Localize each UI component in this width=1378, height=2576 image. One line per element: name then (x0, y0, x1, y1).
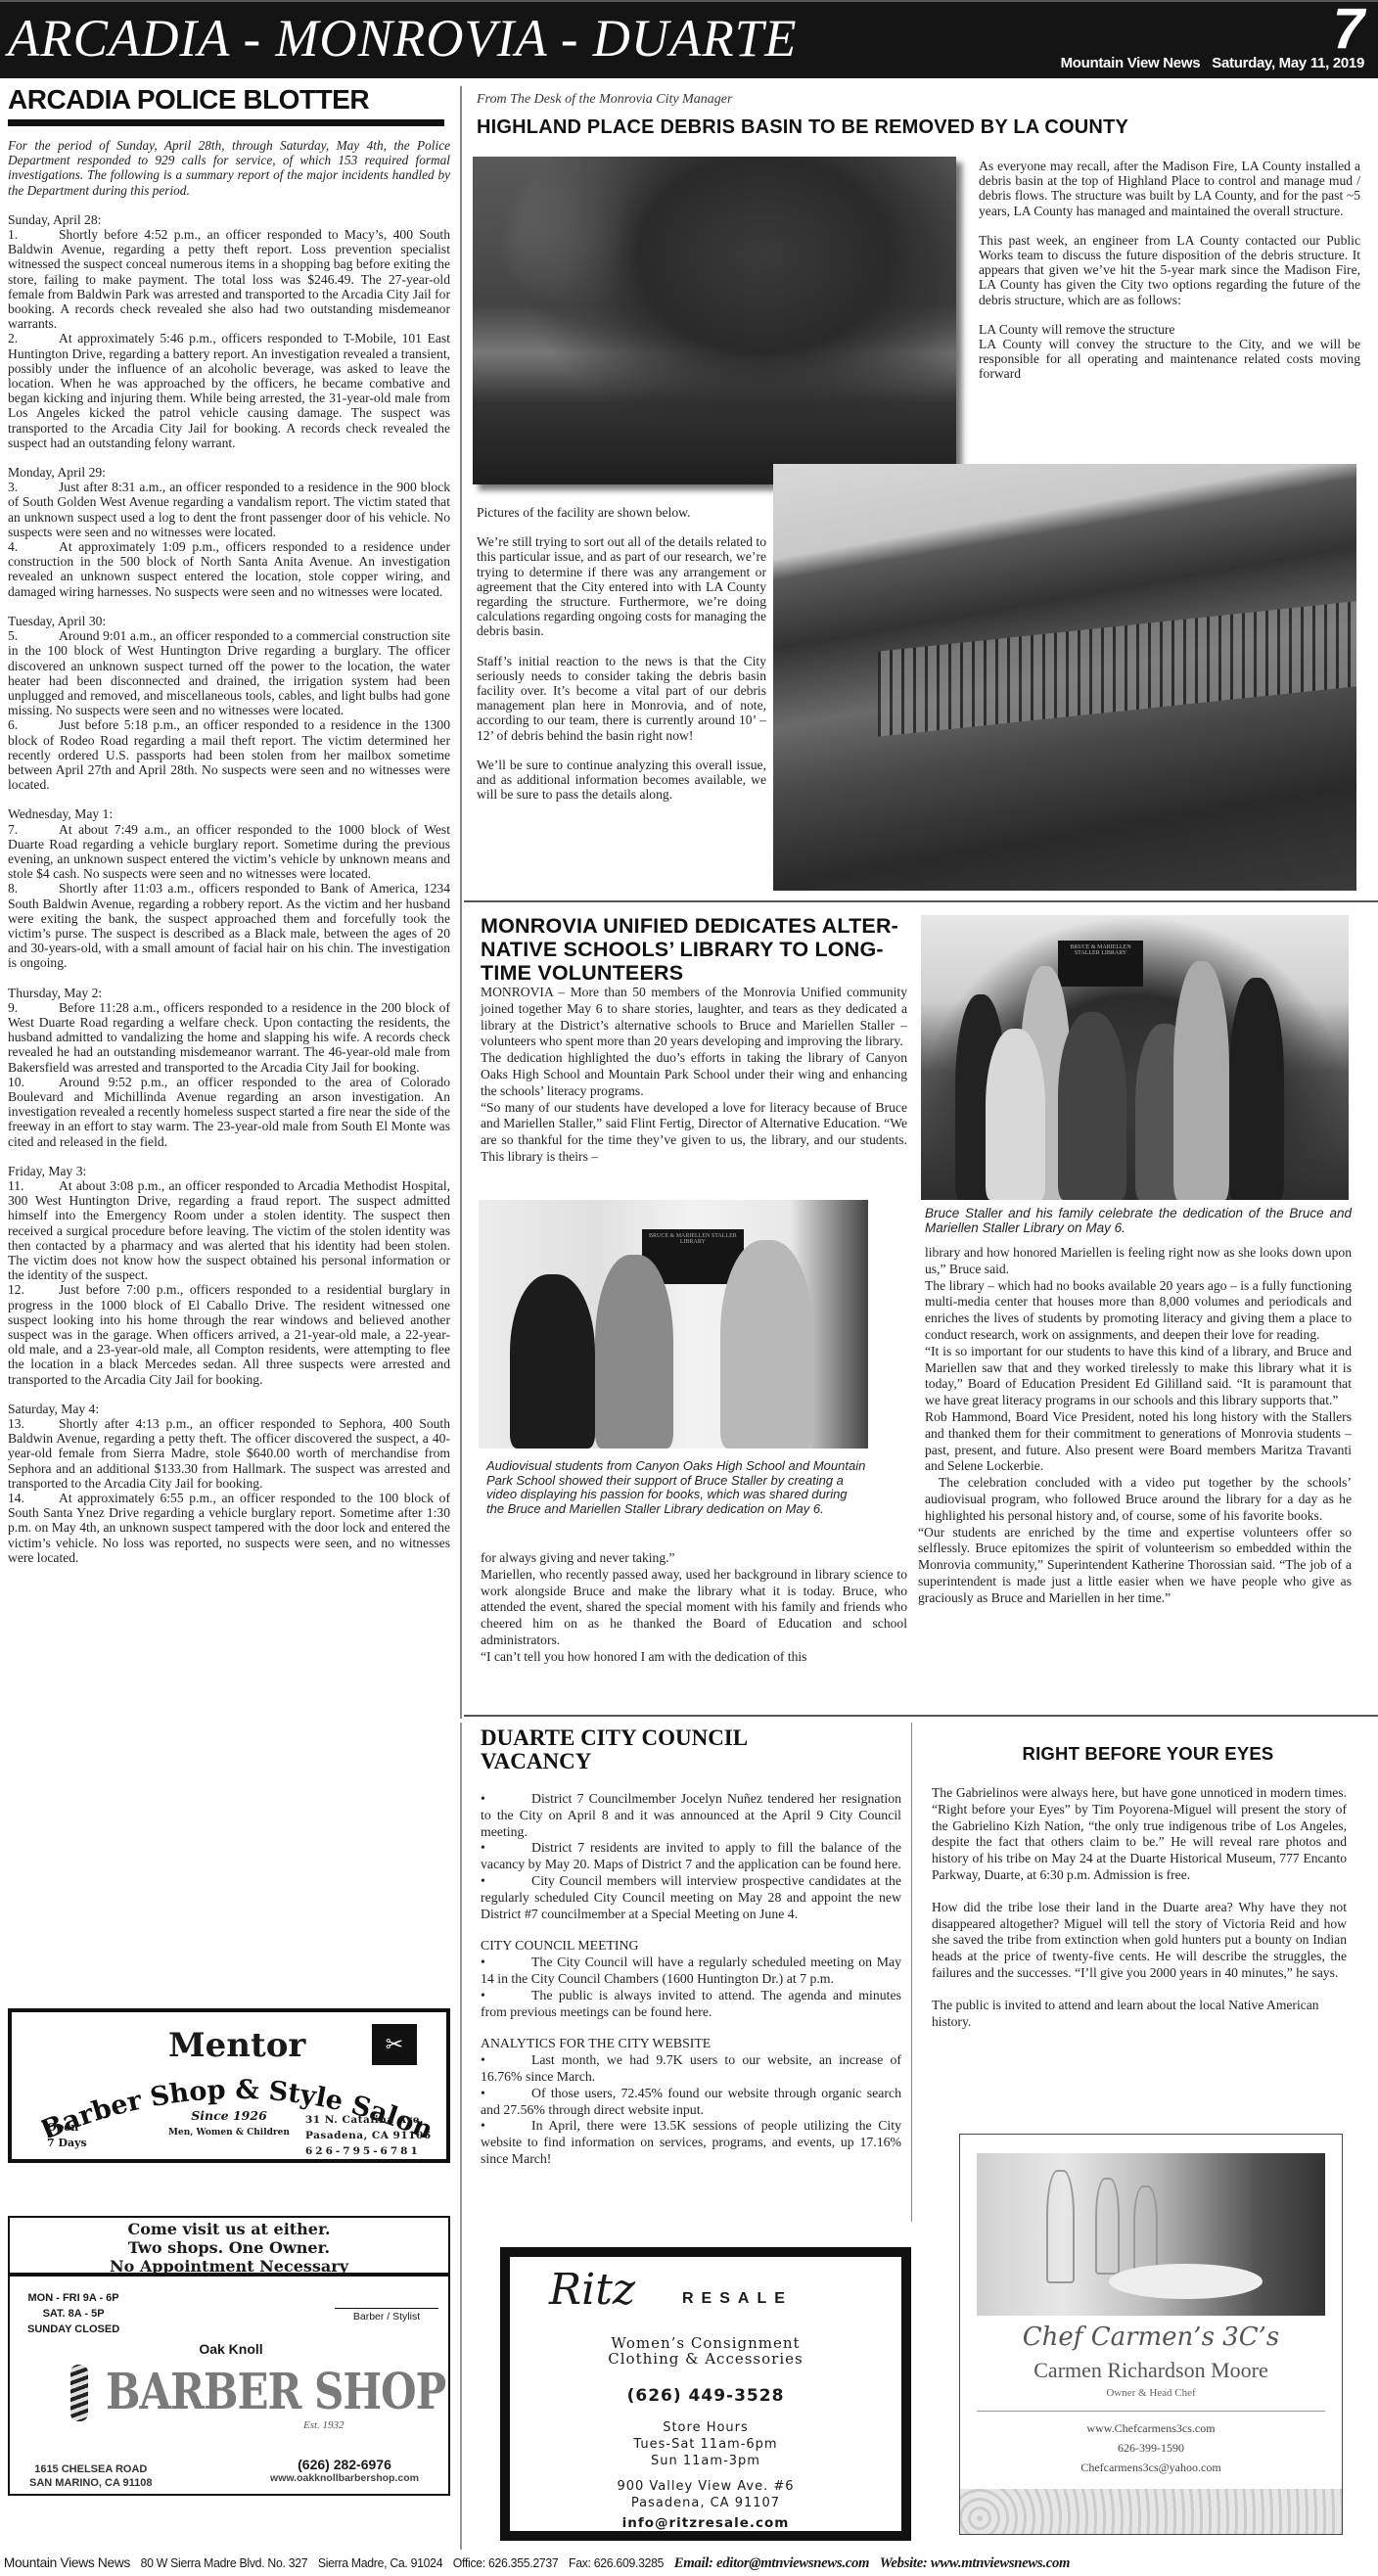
issue-date: Saturday, May 11, 2019 (1212, 55, 1364, 71)
item-text: Just before 7:00 p.m., officers responde… (8, 1282, 450, 1386)
blotter-item: 14.At approximately 6:55 p.m., an office… (8, 1491, 450, 1565)
item-number: 7. (8, 822, 59, 837)
headline-line: TIME VOLUNTEERS (481, 961, 911, 985)
blotter-item: 9.Before 11:28 a.m., officers responded … (8, 1000, 450, 1075)
footer-city: Sierra Madre, Ca. 91024 (318, 2556, 442, 2570)
decorative-pattern (960, 2489, 1342, 2534)
section-divider (464, 1715, 1378, 1717)
library-headline: MONROVIA UNIFIED DEDICATES ALTER- NATIVE… (481, 914, 911, 985)
footer-fax: Fax: 626.609.3285 (569, 2556, 664, 2570)
item-text: At approximately 1:09 p.m., officers res… (8, 539, 450, 599)
blotter-day-label: Wednesday, May 1: (8, 806, 450, 821)
masthead: ARCADIA - MONROVIA - DUARTE 7 Mountain V… (0, 0, 1378, 78)
ritz-tagline: Women’s Consignment Clothing & Accessori… (510, 2335, 901, 2367)
item-number: 8. (8, 881, 59, 896)
chef-carmen-email[interactable]: Chefcarmens3cs@yahoo.com (960, 2458, 1342, 2477)
blotter-item: 7.At about 7:49 a.m., an officer respond… (8, 822, 450, 882)
hours-line: Sun 11am-3pm (510, 2453, 901, 2469)
open-label: Open (47, 2120, 87, 2136)
open-days: 7 Days (47, 2136, 87, 2151)
oak-knoll-contact: (626) 282-6976 www.oakknollbarbershop.co… (247, 2457, 442, 2484)
blotter-days: Sunday, April 28:1.Shortly before 4:52 p… (8, 198, 450, 1565)
bullet-text: District 7 residents are invited to appl… (481, 1840, 901, 1871)
item-text: At about 7:49 a.m., an officer responded… (8, 822, 450, 882)
footer-email[interactable]: Email: editor@mtnviewsnews.com (674, 2555, 869, 2571)
subheading: CITY COUNCIL MEETING (481, 1938, 901, 1955)
chef-carmen-website[interactable]: www.Chefcarmens3cs.com (960, 2418, 1342, 2438)
paragraph: The public is invited to attend and lear… (932, 1998, 1347, 2031)
blotter-day-label: Thursday, May 2: (8, 986, 450, 1000)
tagline-line: Clothing & Accessories (510, 2351, 901, 2367)
blotter-day-label: Sunday, April 28: (8, 212, 450, 227)
bullet-item: •Of those users, 72.45% found our websit… (481, 2086, 901, 2119)
article-kicker: From The Desk of the Monrovia City Manag… (477, 92, 732, 108)
hours-line: SAT. 8A - 5P (27, 2306, 119, 2322)
item-number: 5. (8, 628, 59, 643)
paragraph: “I can’t tell you how honored I am with … (481, 1649, 907, 1666)
oak-knoll-address: 1615 CHELSEA ROAD SAN MARINO, CA 91108 (29, 2462, 153, 2490)
hours-label: Store Hours (510, 2419, 901, 2436)
blotter-item: 8.Shortly after 11:03 a.m., officers res… (8, 881, 450, 970)
blotter-item: 13.Shortly after 4:13 p.m., an officer r… (8, 1416, 450, 1491)
blotter-day-label: Saturday, May 4: (8, 1402, 450, 1416)
paragraph: The library – which had no books availab… (925, 1278, 1352, 1344)
oak-knoll-name-main: BARBER SHOP (106, 2363, 445, 2420)
students-photo-caption: Audiovisual students from Canyon Oaks Hi… (486, 1459, 866, 1516)
item-text: At approximately 5:46 p.m., officers res… (8, 331, 450, 449)
hours-line: Tues-Sat 11am-6pm (510, 2436, 901, 2453)
address-line: SAN MARINO, CA 91108 (29, 2476, 153, 2490)
item-text: Shortly after 4:13 p.m., an officer resp… (8, 1416, 450, 1491)
paragraph: This past week, an engineer from LA Coun… (979, 233, 1360, 307)
oak-knoll-est: Est. 1932 (303, 2419, 344, 2431)
duarte-body: •District 7 Councilmember Jocelyn Nuñez … (481, 1791, 901, 2168)
mentor-ad[interactable]: Mentor ✂ Barber Shop & Style Salon Since… (8, 2008, 450, 2163)
paragraph: We’re still trying to sort out all of th… (477, 534, 766, 638)
address-line: 1615 CHELSEA ROAD (29, 2462, 153, 2476)
mentor-phone[interactable]: 626-795-6781 (305, 2143, 432, 2159)
address-line: 900 Valley View Ave. #6 (510, 2478, 901, 2495)
spacer (8, 792, 450, 806)
item-number: 13. (8, 1416, 59, 1431)
paragraph: MONROVIA – More than 50 members of the M… (481, 985, 907, 1050)
bullet-icon: • (481, 1955, 531, 1971)
footer-website[interactable]: Website: www.mtnviewsnews.com (880, 2555, 1070, 2571)
ritz-logo: Ritz (549, 2265, 635, 2316)
masthead-subline: Mountain View NewsSaturday, May 11, 2019 (1049, 55, 1364, 71)
spacer (8, 971, 450, 986)
library-intro-text: MONROVIA – More than 50 members of the M… (481, 985, 907, 1166)
item-text: Around 9:01 a.m., an officer responded t… (8, 628, 450, 717)
blotter-item: 10.Around 9:52 p.m., an officer responde… (8, 1075, 450, 1149)
library-left-text: for always giving and never taking.” Mar… (481, 1550, 907, 1666)
barber-pole-icon (70, 2365, 88, 2421)
section-divider (464, 900, 1378, 902)
family-photo-caption: Bruce Staller and his family celebrate t… (925, 1206, 1352, 1235)
subheading: ANALYTICS FOR THE CITY WEBSITE (481, 2036, 901, 2052)
bullet-text: City Council members will interview pros… (481, 1873, 901, 1921)
address-line: 31 N. Catalina Ave. (305, 2112, 432, 2128)
spacer (8, 1149, 450, 1164)
bullet-item: •The City Council will have a regularly … (481, 1955, 901, 1988)
paragraph: for always giving and never taking.” (481, 1550, 907, 1567)
bullet-icon: • (481, 1988, 531, 2004)
spacer (8, 599, 450, 614)
blotter-item: 12.Just before 7:00 p.m., officers respo… (8, 1282, 450, 1386)
item-text: At about 3:08 p.m., an officer responded… (8, 1178, 450, 1282)
headline-line: VACANCY (481, 1750, 901, 1773)
footer-paper: Mountain Views News (4, 2554, 130, 2570)
item-number: 12. (8, 1282, 59, 1297)
item-text: Before 11:28 a.m., officers responded to… (8, 1000, 450, 1075)
column-divider (460, 86, 462, 1719)
bullet-item: •District 7 residents are invited to app… (481, 1840, 901, 1873)
column-divider (460, 1723, 462, 2550)
option-item: LA County will convey the structure to t… (979, 337, 1360, 382)
headline-line: MONROVIA UNIFIED DEDICATES ALTER- (481, 914, 911, 938)
headline-line: NATIVE SCHOOLS’ LIBRARY TO LONG- (481, 938, 911, 961)
rbye-headline: RIGHT BEFORE YOUR EYES (920, 1742, 1376, 1766)
blotter-day-label: Friday, May 3: (8, 1164, 450, 1178)
item-text: At approximately 6:55 p.m., an officer r… (8, 1491, 450, 1565)
bullet-icon: • (481, 1873, 531, 1890)
debris-left-text: Pictures of the facility are shown below… (477, 505, 766, 802)
headline-line: DUARTE CITY COUNCIL (481, 1726, 901, 1750)
blotter-item: 1.Shortly before 4:52 p.m., an officer r… (8, 227, 450, 331)
bullet-item: •District 7 Councilmember Jocelyn Nuñez … (481, 1791, 901, 1840)
page-footer: Mountain Views News 80 W Sierra Madre Bl… (0, 2550, 1351, 2576)
debris-right-text: As everyone may recall, after the Madiso… (979, 159, 1360, 382)
paragraph: The celebration concluded with a video p… (925, 1475, 1352, 1524)
item-text: Just after 8:31 a.m., an officer respond… (8, 480, 450, 539)
item-number: 14. (8, 1491, 59, 1505)
paragraph: library and how honored Mariellen is fee… (925, 1245, 1352, 1278)
spacer (481, 2020, 901, 2036)
bullet-text: Last month, we had 9.7K users to our web… (481, 2052, 901, 2084)
mentor-address: 31 N. Catalina Ave. Pasadena, CA 91106 6… (305, 2112, 432, 2159)
heading-bar (8, 119, 444, 126)
bullet-icon: • (481, 2118, 531, 2135)
bullet-icon: • (481, 2086, 531, 2102)
item-text: Shortly after 11:03 a.m., officers respo… (8, 881, 450, 970)
oak-knoll-phone[interactable]: (626) 282-6976 (247, 2457, 442, 2472)
hours-line: MON - FRI 9A - 6P (27, 2290, 119, 2306)
debris-basin-photo (773, 464, 1356, 891)
debris-headline: HIGHLAND PLACE DEBRIS BASIN TO BE REMOVE… (477, 115, 1128, 139)
mentor-open: Open 7 Days (47, 2120, 87, 2151)
bullet-item: •City Council members will interview pro… (481, 1873, 901, 1922)
blotter-item: 11.At about 3:08 p.m., an officer respon… (8, 1178, 450, 1282)
paragraph: “Our students are enriched by the time a… (918, 1525, 1352, 1607)
bullet-icon: • (481, 1791, 531, 1808)
chef-carmen-phone[interactable]: 626-399-1590 (960, 2438, 1342, 2458)
duarte-council: DUARTE CITY COUNCIL VACANCY •District 7 … (481, 1726, 901, 2168)
divider (977, 2411, 1325, 2412)
item-number: 2. (8, 331, 59, 345)
paragraph: We’ll be sure to continue analyzing this… (477, 758, 766, 803)
footer-address: 80 W Sierra Madre Blvd. No. 327 (141, 2556, 308, 2570)
spacer (8, 450, 450, 465)
oak-knoll-name-top: Oak Knoll (10, 2341, 452, 2357)
table-setting-photo (977, 2153, 1325, 2316)
chef-carmen-brand: Chef Carmen’s 3C’s (960, 2323, 1342, 2352)
oak-knoll-ad[interactable]: MON - FRI 9A - 6P SAT. 8A - 5P SUNDAY CL… (8, 2275, 450, 2496)
item-number: 9. (8, 1000, 59, 1015)
blotter-day-label: Monday, April 29: (8, 465, 450, 480)
paragraph: Staff’s initial reaction to the news is … (477, 654, 766, 743)
page-number: 7 (1333, 0, 1364, 61)
scissors-comb-icon: ✂ (372, 2024, 417, 2065)
ritz-logo-sub: RESALE (682, 2290, 793, 2308)
mentor-name: Mentor (168, 2026, 305, 2065)
hours-line: SUNDAY CLOSED (27, 2322, 119, 2337)
chef-carmen-ad[interactable]: Chef Carmen’s 3C’s Carmen Richardson Moo… (959, 2134, 1343, 2535)
banner-line: Come visit us at either. (10, 2220, 448, 2238)
blotter-item: 3.Just after 8:31 a.m., an officer respo… (8, 480, 450, 539)
tagline-line: Women’s Consignment (510, 2335, 901, 2351)
blotter-item: 4.At approximately 1:09 p.m., officers r… (8, 539, 450, 599)
ritz-hours: Store Hours Tues-Sat 11am-6pm Sun 11am-3… (510, 2419, 901, 2469)
paragraph: Rob Hammond, Board Vice President, noted… (925, 1409, 1352, 1475)
paragraph: As everyone may recall, after the Madiso… (979, 159, 1360, 218)
audiovisual-students-photo: BRUCE & MARIELLEN STALLER LIBRARY (479, 1200, 868, 1449)
blotter-item: 6.Just before 5:18 p.m., an officer resp… (8, 717, 450, 792)
staller-family-photo: BRUCE & MARIELLEN STALLER LIBRARY (921, 915, 1349, 1200)
item-text: Around 9:52 p.m., an officer responded t… (8, 1075, 450, 1149)
ritz-phone[interactable]: (626) 449-3528 (510, 2386, 901, 2406)
debris-basin-tree-photo (473, 157, 956, 484)
item-text: Just before 5:18 p.m., an officer respon… (8, 717, 450, 792)
bullet-item: •In April, there were 13.5K sessions of … (481, 2118, 901, 2167)
item-number: 6. (8, 717, 59, 732)
paragraph: How did the tribe lose their land in the… (932, 1900, 1347, 1982)
address-line: Pasadena, CA 91106 (305, 2128, 432, 2143)
column-divider (911, 1723, 912, 2222)
blotter-intro: For the period of Sunday, April 28th, th… (8, 138, 450, 198)
bullet-text: In April, there were 13.5K sessions of p… (481, 2118, 901, 2166)
bullet-text: Of those users, 72.45% found our website… (481, 2086, 901, 2117)
paper-name: Mountain View News (1061, 55, 1201, 71)
footer-office: Office: 626.355.2737 (453, 2556, 559, 2570)
banner-line: Two shops. One Owner. (10, 2238, 448, 2257)
paragraph: Mariellen, who recently passed away, use… (481, 1567, 907, 1649)
ritz-address: 900 Valley View Ave. #6 Pasadena, CA 911… (510, 2478, 901, 2511)
paragraph: Pictures of the facility are shown below… (477, 505, 766, 520)
item-number: 1. (8, 227, 59, 242)
blotter-item: 2.At approximately 5:46 p.m., officers r… (8, 331, 450, 450)
oak-knoll-hours: MON - FRI 9A - 6P SAT. 8A - 5P SUNDAY CL… (27, 2290, 119, 2337)
blotter-day-label: Tuesday, April 30: (8, 614, 450, 628)
chef-carmen-owner: Carmen Richardson Moore (960, 2358, 1342, 2383)
chef-carmen-contact: www.Chefcarmens3cs.com 626-399-1590 Chef… (960, 2418, 1342, 2477)
oak-knoll-banner: Come visit us at either. Two shops. One … (8, 2216, 450, 2275)
blotter-item: 5.Around 9:01 a.m., an officer responded… (8, 628, 450, 717)
bullet-text: The public is always invited to attend. … (481, 1988, 901, 2019)
section-title: ARCADIA - MONROVIA - DUARTE (8, 8, 797, 69)
blotter-heading: ARCADIA POLICE BLOTTER (8, 84, 450, 115)
oak-knoll-role: Barber / Stylist (335, 2308, 438, 2323)
bullet-icon: • (481, 1840, 531, 1857)
item-text: Shortly before 4:52 p.m., an officer res… (8, 227, 450, 331)
paragraph: “It is so important for our students to … (925, 1344, 1352, 1409)
option-item: LA County will remove the structure (979, 322, 1360, 337)
spacer (8, 1387, 450, 1402)
item-number: 10. (8, 1075, 59, 1089)
rbye-text: The Gabrielinos were always here, but ha… (932, 1785, 1347, 2030)
ritz-resale-ad[interactable]: Ritz RESALE Women’s Consignment Clothing… (500, 2247, 911, 2541)
item-number: 11. (8, 1178, 59, 1193)
bullet-text: District 7 Councilmember Jocelyn Nuñez t… (481, 1791, 901, 1839)
item-number: 4. (8, 539, 59, 554)
bullet-icon: • (481, 2052, 531, 2069)
police-blotter: ARCADIA POLICE BLOTTER For the period of… (8, 84, 450, 1565)
ritz-email[interactable]: info@ritzresale.com (510, 2515, 901, 2531)
spacer (8, 198, 450, 212)
oak-knoll-website[interactable]: www.oakknollbarbershop.com (247, 2472, 442, 2484)
paragraph: The dedication highlighted the duo’s eff… (481, 1050, 907, 1099)
library-right-text: library and how honored Mariellen is fee… (925, 1245, 1352, 1607)
address-line: Pasadena, CA 91107 (510, 2495, 901, 2511)
item-number: 3. (8, 480, 59, 494)
paragraph: “So many of our students have developed … (481, 1100, 907, 1166)
spacer (481, 1922, 901, 1938)
library-plaque: BRUCE & MARIELLEN STALLER LIBRARY (1058, 941, 1143, 987)
bullet-text: The City Council will have a regularly s… (481, 1955, 901, 1986)
chef-carmen-title: Owner & Head Chef (960, 2387, 1342, 2399)
bullet-item: •The public is always invited to attend.… (481, 1988, 901, 2021)
paragraph: The Gabrielinos were always here, but ha… (932, 1785, 1347, 1884)
bullet-item: •Last month, we had 9.7K users to our we… (481, 2052, 901, 2086)
banner-line: No Appointment Necessary (10, 2257, 448, 2276)
